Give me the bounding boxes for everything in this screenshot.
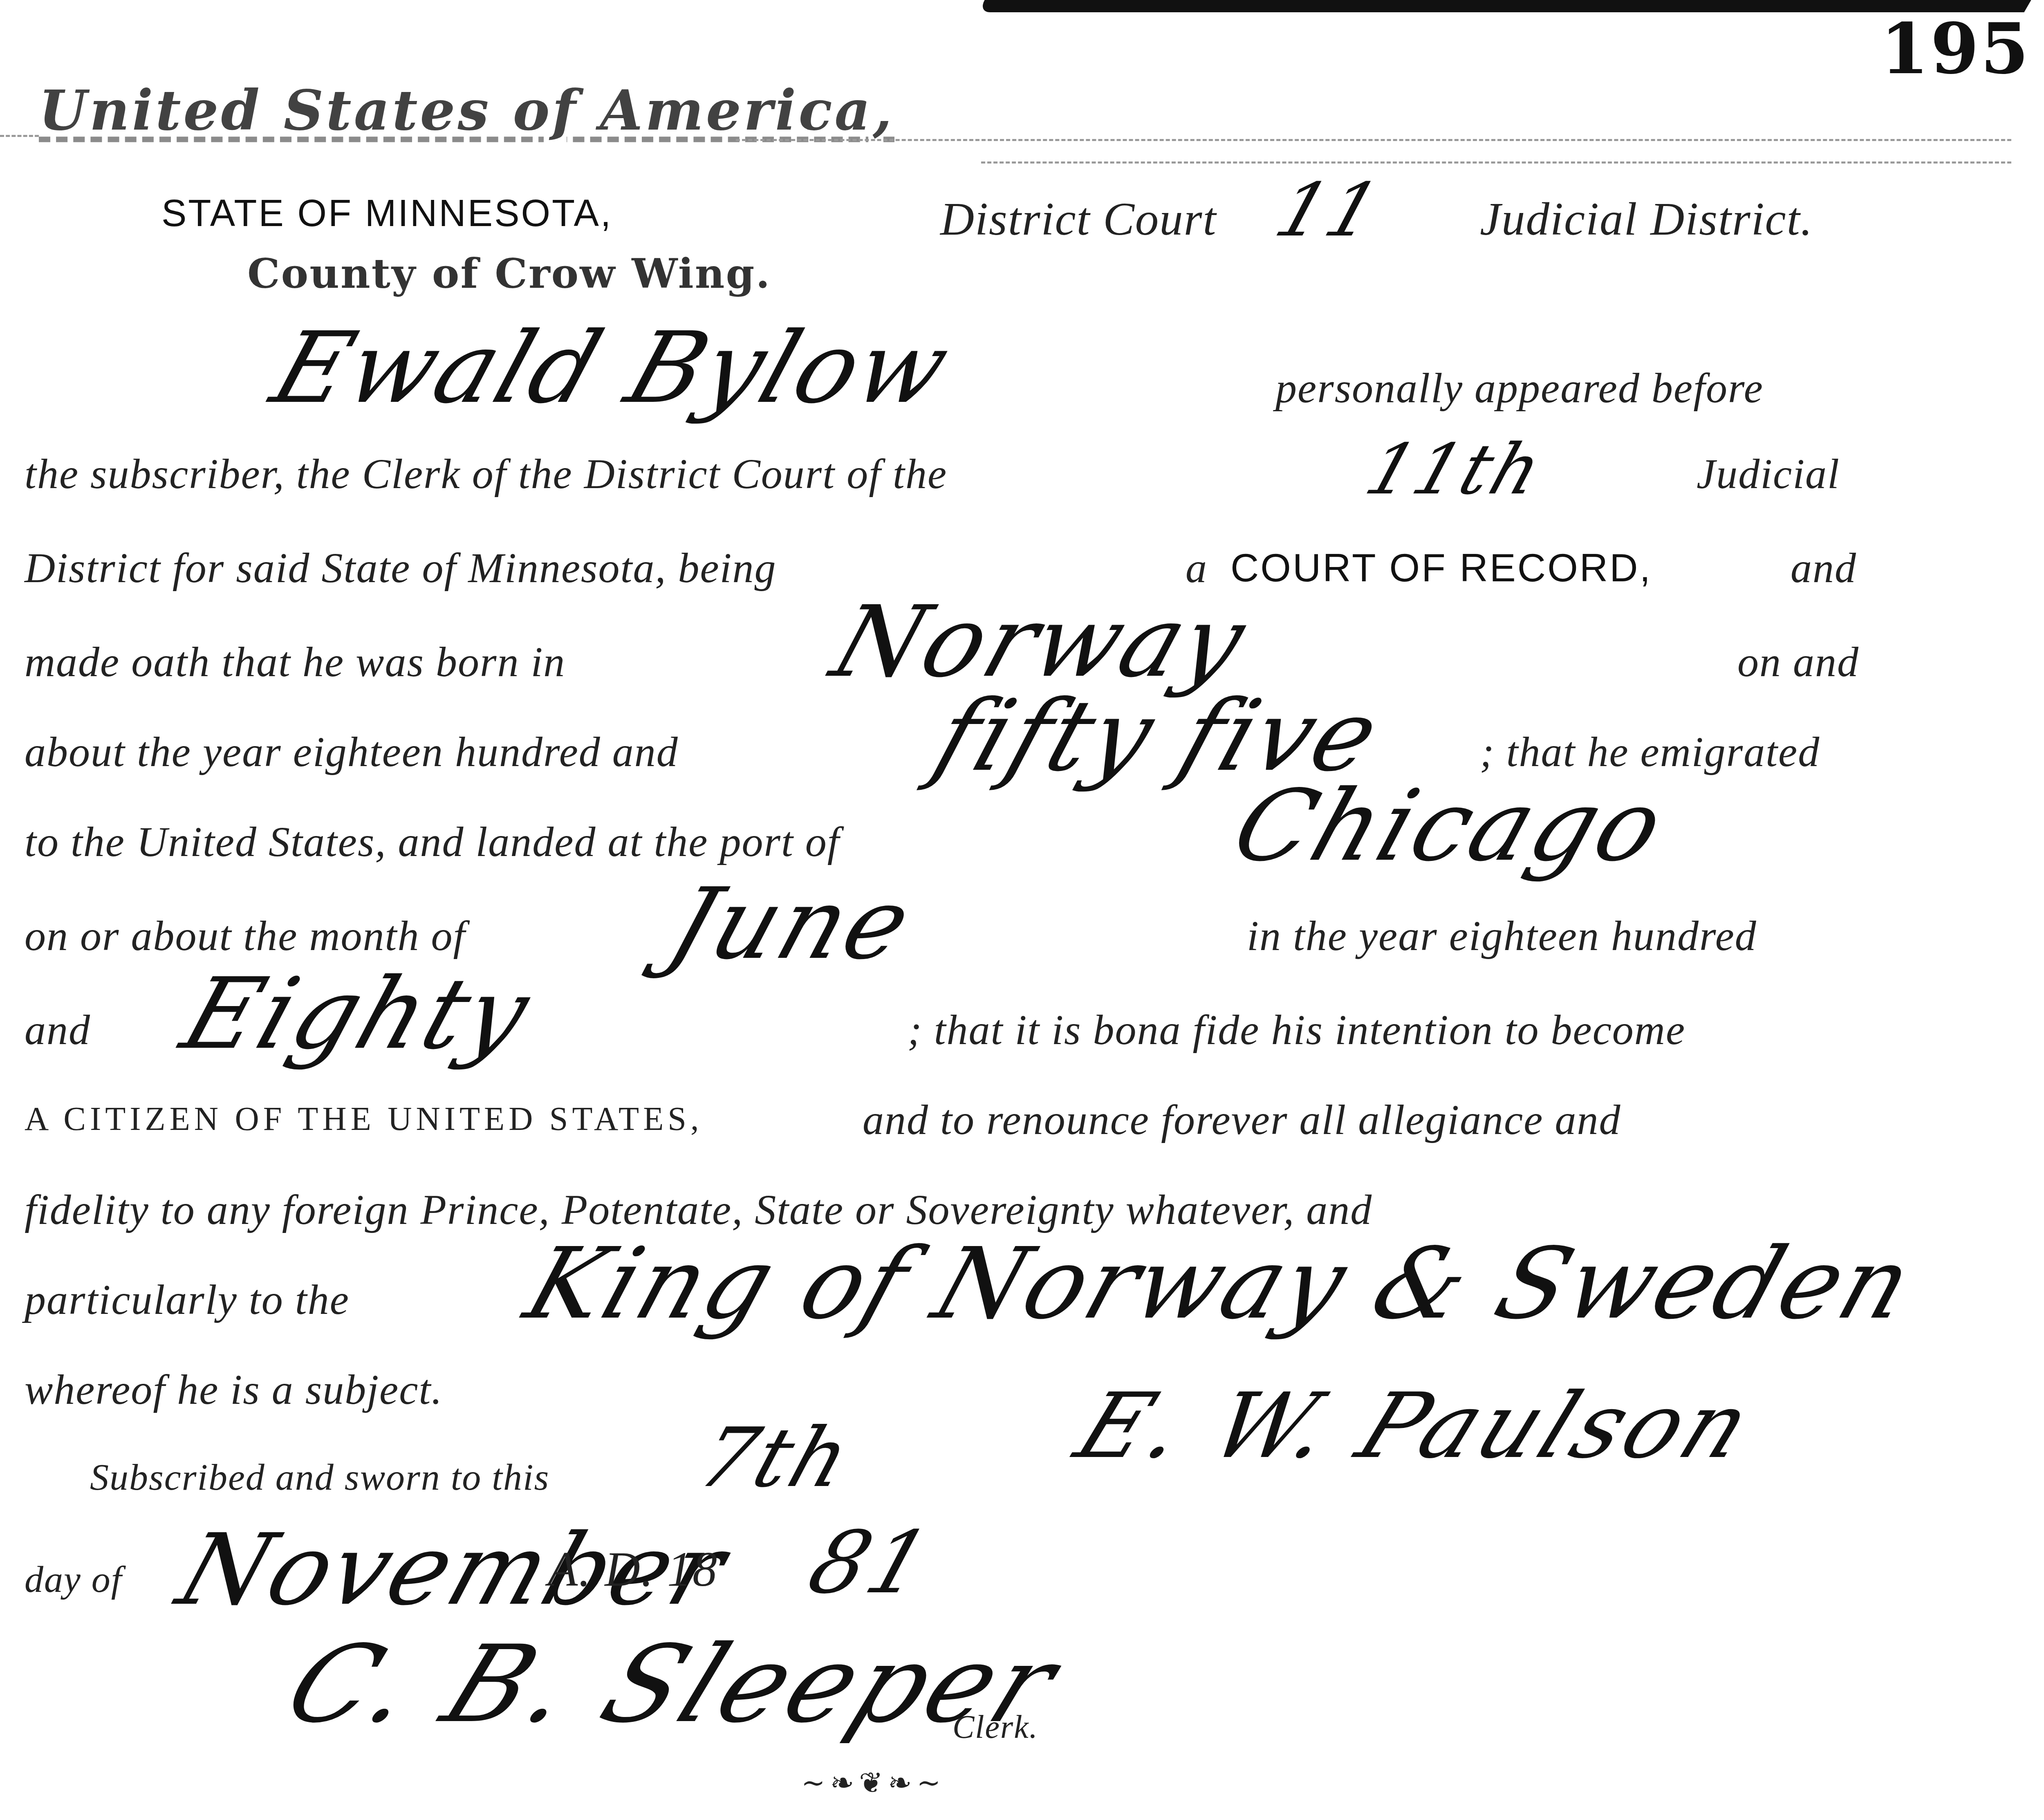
form-text: about the year eighteen hundred and [25, 728, 679, 776]
page-number: 195 [1880, 8, 2031, 90]
dashed-rule [0, 135, 39, 137]
clerk-label: Clerk. [953, 1709, 1038, 1746]
form-text: to the United States, and landed at the … [25, 818, 840, 866]
citizen-caps: A CITIZEN OF THE UNITED STATES, [25, 1100, 703, 1138]
court-prefix: District Court [940, 192, 1217, 246]
district-number: 11 [1266, 168, 1392, 253]
form-text: personally appeared before [1275, 364, 1764, 412]
form-text: the subscriber, the Clerk of the Distric… [25, 450, 947, 498]
ornament-flourish: ~❧❦❧~ [801, 1766, 946, 1800]
port-of-arrival: Chicago [1220, 769, 1680, 883]
nation-heading: United States of America, [39, 78, 894, 143]
form-text: in the year eighteen hundred [1247, 912, 1757, 960]
form-text: and to renounce forever all allegiance a… [863, 1096, 1621, 1144]
form-text: particularly to the [25, 1275, 350, 1324]
declarant-name: Ewald Bylow [260, 311, 965, 425]
jurat-ad: A. D. 18 [548, 1541, 718, 1598]
state-label: STATE OF MINNESOTA, [161, 192, 612, 235]
county-label: County of Crow Wing. [247, 249, 771, 298]
form-text: District for said State of Minnesota, be… [25, 544, 776, 592]
form-text: Judicial [1697, 450, 1840, 498]
sovereign: King of Norway & Sweden [513, 1226, 1928, 1341]
arrival-year: Eighty [170, 957, 545, 1071]
jurat-text: Subscribed and sworn to this [90, 1455, 549, 1499]
form-text: and [1791, 544, 1857, 592]
form-text: on and [1737, 638, 1859, 686]
court-suffix: Judicial District. [1480, 192, 1813, 246]
court-of-record: COURT OF RECORD, [1230, 546, 1652, 591]
form-text: and [25, 1006, 91, 1054]
dashed-rule [736, 139, 2011, 141]
arrival-month: June [656, 867, 927, 981]
judicial-district-number: 11th [1356, 429, 1553, 510]
form-text: ; that it is bona fide his intention to … [908, 1006, 1685, 1054]
declarant-signature: E. W. Paulson [1062, 1374, 1769, 1478]
form-text: made oath that he was born in [25, 638, 565, 686]
form-text: on or about the month of [25, 912, 466, 960]
jurat-year: 81 [797, 1513, 944, 1613]
scan-edge-shadow [977, 0, 2031, 12]
jurat-day: 7th [688, 1410, 863, 1506]
dashed-rule [981, 161, 2011, 164]
form-text: whereof he is a subject. [25, 1365, 443, 1414]
jurat-text: day of [25, 1558, 122, 1601]
